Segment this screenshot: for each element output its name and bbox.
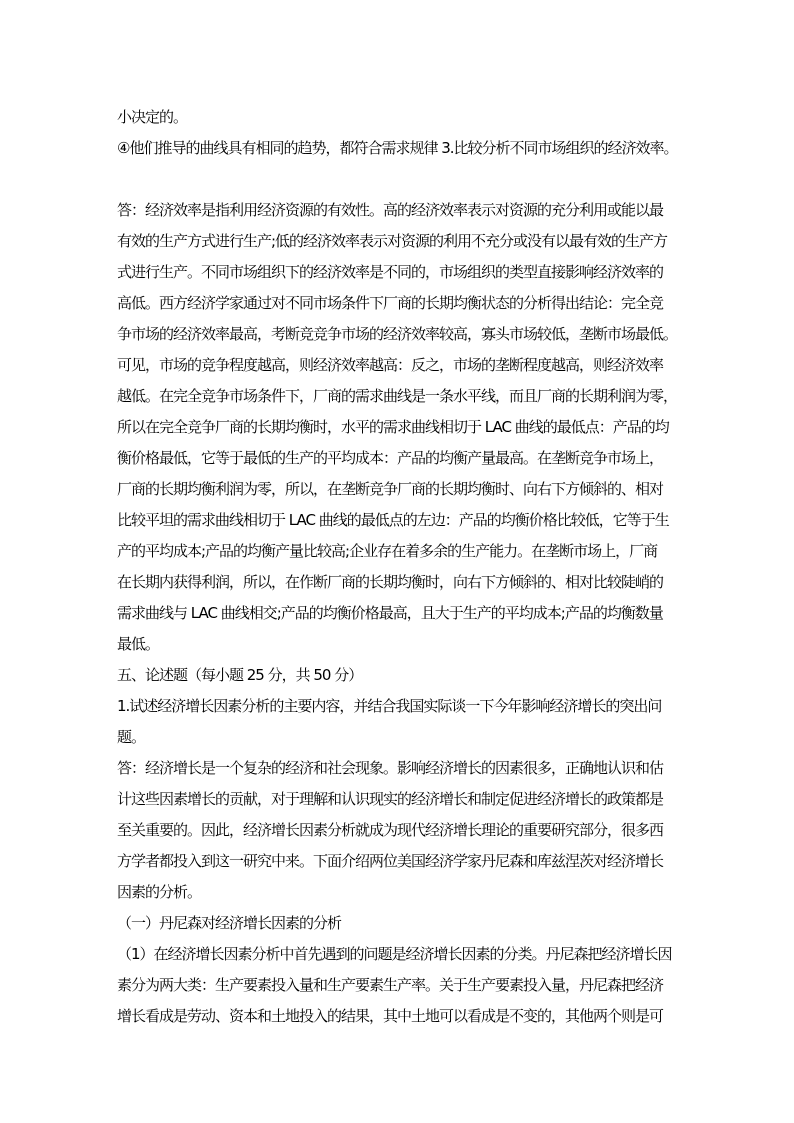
text-line-blank [117,164,697,195]
text-line: ④他们推导的曲线具有相同的趋势，都符合需求规律 3.比较分析不同市场组织的经济效… [117,133,697,164]
text-line: 增长看成是劳动、资本和土地投入的结果，其中土地可以看成是不变的，其他两个则是可 [117,1001,697,1032]
text-line: 产的平均成本;产品的均衡产量比较高;企业存在着多余的生产能力。在垄断市场上，厂商 [117,536,697,567]
text-line: 答：经济增长是一个复杂的经济和社会现象。影响经济增长的因素很多，正确地认识和估 [117,753,697,784]
text-line: （1）在经济增长因素分析中首先遇到的问题是经济增长因素的分类。丹尼森把经济增长因 [117,939,697,970]
text-line: 在长期内获得利润，所以，在作断厂商的长期均衡时，向右下方倾斜的、相对比较陡峭的 [117,567,697,598]
text-line: 高低。西方经济学家通过对不同市场条件下厂商的长期均衡状态的分析得出结论：完全竞 [117,288,697,319]
text-line: 小决定的。 [117,102,697,133]
text-line: 厂商的长期均衡利润为零，所以，在垄断竞争厂商的长期均衡时、向右下方倾斜的、相对 [117,474,697,505]
text-line: 可见，市场的竞争程度越高，则经济效率越高：反之，市场的垄断程度越高，则经济效率 [117,350,697,381]
text-line: 素分为两大类：生产要素投入量和生产要素生产率。关于生产要素投入量，丹尼森把经济 [117,970,697,1001]
text-line: 越低。在完全竞争市场条件下，厂商的需求曲线是一条水平线，而且厂商的长期利润为零， [117,381,697,412]
text-line: 比较平坦的需求曲线相切于 LAC 曲线的最低点的左边：产品的均衡价格比较低，它等… [117,505,697,536]
text-line: 需求曲线与 LAC 曲线相交;产品的均衡价格最高，且大于生产的平均成本;产品的均… [117,598,697,629]
text-line: 衡价格最低，它等于最低的生产的平均成本：产品的均衡产量最高。在垄断竞争市场上， [117,443,697,474]
text-line: 方学者都投入到这一研究中来。下面介绍两位美国经济学家丹尼森和库兹涅茨对经济增长 [117,846,697,877]
text-line: 所以在完全竞争厂商的长期均衡时，水平的需求曲线相切于 LAC 曲线的最低点：产品… [117,412,697,443]
question-text: 题。 [117,722,697,753]
document-text-block: 小决定的。 ④他们推导的曲线具有相同的趋势，都符合需求规律 3.比较分析不同市场… [117,102,697,1032]
text-line: 式进行生产。不同市场组织下的经济效率是不同的，市场组织的类型直接影响经济效率的 [117,257,697,288]
text-line: 有效的生产方式进行生产;低的经济效率表示对资源的利用不充分或没有以最有效的生产方 [117,226,697,257]
sub-heading: （一）丹尼森对经济增长因素的分析 [117,908,697,939]
text-line: 计这些因素增长的贡献，对于理解和认识现实的经济增长和制定促进经济增长的政策都是 [117,784,697,815]
section-heading: 五、论述题（每小题 25 分，共 50 分） [117,660,697,691]
text-line: 最低。 [117,629,697,660]
text-line: 因素的分析。 [117,877,697,908]
text-line: 答：经济效率是指利用经济资源的有效性。高的经济效率表示对资源的充分利用或能以最 [117,195,697,226]
text-line: 争市场的经济效率最高，考断竞竞争市场的经济效率较高，寡头市场较低，垄断市场最低。 [117,319,697,350]
question-text: 1.试述经济增长因素分析的主要内容，并结合我国实际谈一下今年影响经济增长的突出问 [117,691,697,722]
document-page: 小决定的。 ④他们推导的曲线具有相同的趋势，都符合需求规律 3.比较分析不同市场… [0,0,794,1123]
text-line: 至关重要的。因此，经济增长因素分析就成为现代经济增长理论的重要研究部分，很多西 [117,815,697,846]
